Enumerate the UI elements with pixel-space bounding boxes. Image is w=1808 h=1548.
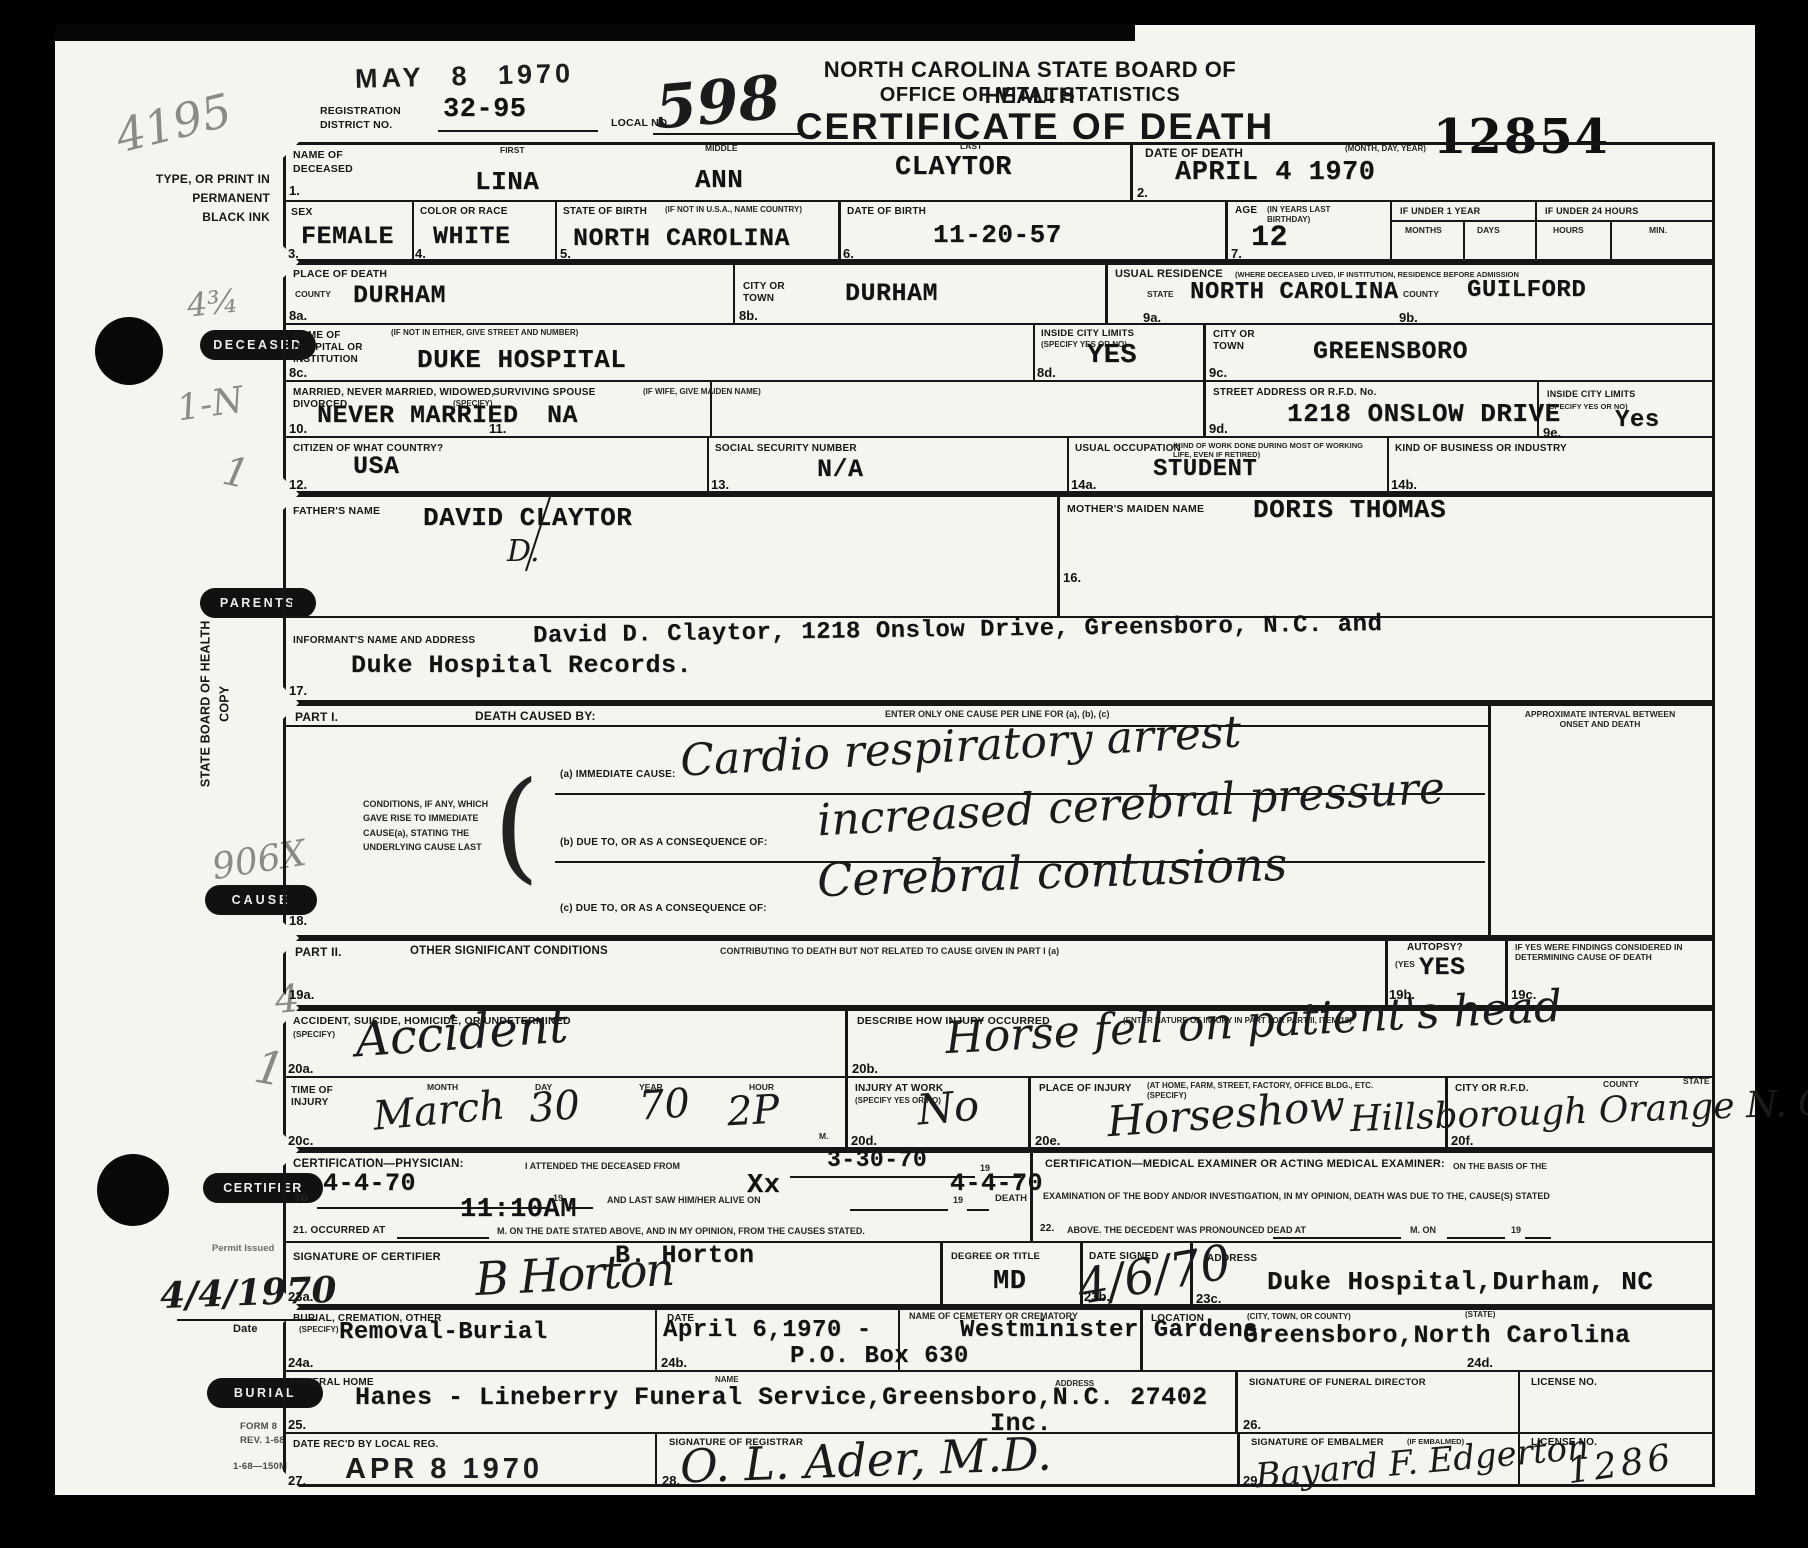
line xyxy=(1447,1237,1505,1239)
item-number: 2. xyxy=(1137,185,1148,200)
line xyxy=(850,1209,948,1211)
item-number: 9e. xyxy=(1543,425,1561,440)
state-of-birth-sub: (IF NOT IN U.S.A., NAME COUNTRY) xyxy=(665,205,835,215)
certificate-paper: 4195 TYPE, OR PRINT IN PERMANENT BLACK I… xyxy=(55,25,1755,1495)
accident-sub: (SPECIFY) xyxy=(293,1029,335,1039)
item-number: 8d. xyxy=(1037,365,1056,380)
burial-date-value: April 6,1970 - xyxy=(663,1317,872,1344)
residence-county-header: COUNTY xyxy=(1403,289,1439,299)
death-word: DEATH xyxy=(995,1193,1027,1204)
burial-value: Removal-Burial xyxy=(339,1319,548,1346)
copy-designation: STATE BOARD OF HEALTH COPY xyxy=(196,619,234,789)
item-number: 15. xyxy=(289,597,307,612)
punch-hole-bottom xyxy=(97,1154,169,1226)
item-number: 24d. xyxy=(1467,1355,1493,1370)
attended-label: I ATTENDED THE DECEASED FROM xyxy=(525,1161,680,1172)
embalmer-license-label: LICENSE NO. xyxy=(1531,1437,1597,1449)
item-number: 20b. xyxy=(852,1061,878,1076)
form-number-line3: 1-68—150M xyxy=(233,1461,287,1472)
funeral-home-value: Hanes - Lineberry Funeral Service,Greens… xyxy=(355,1383,1208,1412)
m-label: M. xyxy=(819,1131,828,1141)
location-sub2: (STATE) xyxy=(1465,1310,1495,1320)
mother-name-value: DORIS THOMAS xyxy=(1253,495,1446,525)
divider xyxy=(1463,220,1465,262)
residence-inside-city-limits-label: INSIDE CITY LIMITS xyxy=(1547,389,1635,400)
conditions-note: CONDITIONS, IF ANY, WHICH GAVE RISE TO I… xyxy=(363,797,501,855)
item-number: 20a. xyxy=(288,1061,313,1076)
autopsy-sub: (YES xyxy=(1395,959,1415,969)
line xyxy=(397,1237,489,1239)
registrar-signature: O. L. Ader, M.D. xyxy=(679,1431,1052,1490)
item-number: 26. xyxy=(1243,1417,1261,1432)
permit-date-caption: Date xyxy=(233,1323,258,1336)
place-of-death-label: PLACE OF DEATH xyxy=(293,268,387,281)
divider xyxy=(283,200,1715,202)
conditions-brace: ( xyxy=(493,767,540,887)
permit-issued-label: Permit Issued xyxy=(212,1243,274,1254)
divider xyxy=(1225,200,1228,262)
mother-name-label: MOTHER'S MAIDEN NAME xyxy=(1067,503,1204,516)
business-label: KIND OF BUSINESS OR INDUSTRY xyxy=(1395,443,1567,455)
item-number: 20e. xyxy=(1035,1133,1060,1148)
item-number: 1. xyxy=(289,183,300,198)
certification-examiner-label: CERTIFICATION—MEDICAL EXAMINER OR ACTING… xyxy=(1045,1158,1445,1171)
margin-mark-b: 1-N xyxy=(175,383,246,428)
injury-county-header: COUNTY xyxy=(1603,1079,1639,1089)
item-number: 17. xyxy=(289,683,307,698)
item-number: 29. xyxy=(1243,1473,1261,1488)
degree-value: MD xyxy=(993,1267,1026,1297)
last-name-value: CLAYTOR xyxy=(895,153,1012,183)
line xyxy=(1273,1237,1401,1239)
divider xyxy=(283,1241,1715,1243)
item-number: 9b. xyxy=(1399,310,1418,325)
divider xyxy=(1237,1432,1240,1487)
race-value: WHITE xyxy=(433,222,511,251)
item-number: 20d. xyxy=(851,1133,877,1148)
ssn-value: N/A xyxy=(817,455,864,484)
death-caused-by-label: DEATH CAUSED BY: xyxy=(475,709,596,723)
occupation-value: STUDENT xyxy=(1153,456,1257,483)
scanned-death-certificate: 4195 TYPE, OR PRINT IN PERMANENT BLACK I… xyxy=(0,0,1808,1548)
scan-edge-artifact xyxy=(55,25,1135,41)
margin-handwritten-number: 4195 xyxy=(111,87,236,160)
state-of-birth-value: NORTH CAROLINA xyxy=(573,224,790,253)
if-under-24-hours-label: IF UNDER 24 HOURS xyxy=(1545,206,1638,217)
last-name-header: LAST xyxy=(960,141,982,151)
item-number: 7. xyxy=(1231,246,1242,261)
ssn-label: SOCIAL SECURITY NUMBER xyxy=(715,443,857,455)
item-number: 8a. xyxy=(289,308,307,323)
county-header: COUNTY xyxy=(295,289,331,299)
part1-label: PART I. xyxy=(295,710,338,724)
min-header: MIN. xyxy=(1649,225,1667,235)
item-number: 9a. xyxy=(1143,310,1161,325)
address-value: Duke Hospital,Durham, NC xyxy=(1267,1267,1653,1297)
divider xyxy=(1390,200,1392,262)
item-number: 25. xyxy=(288,1417,306,1432)
death-county-value: DURHAM xyxy=(353,281,446,310)
item-number: 19a. xyxy=(289,987,314,1002)
item-number: 9c. xyxy=(1209,365,1227,380)
injury-state-header: STATE xyxy=(1683,1076,1710,1086)
registration-label-line2: DISTRICT NO. xyxy=(320,119,392,132)
print-note-line1: TYPE, OR PRINT IN xyxy=(150,172,270,186)
other-conditions-label: OTHER SIGNIFICANT CONDITIONS xyxy=(410,945,608,959)
age-value: 12 xyxy=(1251,221,1288,255)
cemetery-value-line2: P.O. Box 630 xyxy=(790,1343,969,1370)
divider xyxy=(940,1241,943,1307)
surviving-spouse-value: NA xyxy=(547,401,578,430)
informant-line2: Duke Hospital Records. xyxy=(351,651,692,680)
attended-to-date: 4-4-70 xyxy=(323,1169,416,1198)
street-address-label: STREET ADDRESS OR R.F.D. No. xyxy=(1213,387,1377,399)
residence-inside-city-limits-value: Yes xyxy=(1615,407,1660,434)
date-received-label: DATE REC'D BY LOCAL REG. xyxy=(293,1439,439,1451)
divider xyxy=(283,436,1715,438)
item-number: 8b. xyxy=(739,308,758,323)
time-of-death-value: 11:10AM xyxy=(460,1195,577,1225)
director-license-label: LICENSE NO. xyxy=(1531,1377,1597,1389)
form-number-line2: REV. 1-68 xyxy=(240,1435,285,1446)
item-number: 23c. xyxy=(1196,1291,1221,1306)
divider xyxy=(1387,436,1389,492)
middle-name-header: MIDDLE xyxy=(705,143,738,153)
item-number: 12. xyxy=(289,477,307,492)
attended-from-date: 3-30-70 xyxy=(827,1147,927,1173)
signature-of-certifier-label: SIGNATURE OF CERTIFIER xyxy=(293,1251,441,1264)
degree-label: DEGREE OR TITLE xyxy=(951,1251,1040,1262)
father-name-value: DAVID CLAYTOR xyxy=(423,503,632,533)
item-number: 28. xyxy=(662,1473,680,1488)
sex-value: FEMALE xyxy=(301,222,394,251)
line xyxy=(967,1209,989,1211)
registration-label-line1: REGISTRATION xyxy=(320,105,401,118)
autopsy-value: YES xyxy=(1419,953,1466,982)
item-number: 23b. xyxy=(1084,1289,1110,1304)
surviving-spouse-label: SURVIVING SPOUSE xyxy=(493,387,596,399)
date-of-death-value: APRIL 4 1970 xyxy=(1175,158,1375,188)
injury-year-value: 70 xyxy=(638,1083,692,1126)
divider xyxy=(707,436,709,492)
death-inside-city-limits-label: INSIDE CITY LIMITS xyxy=(1041,328,1134,339)
divider xyxy=(1203,323,1206,381)
item-number: 11. xyxy=(489,421,506,436)
location-label: LOCATION xyxy=(1151,1313,1204,1325)
item-number: 5. xyxy=(560,246,571,261)
sex-label: SEX xyxy=(291,206,313,219)
divider xyxy=(1235,1370,1238,1432)
hospital-value: DUKE HOSPITAL xyxy=(417,345,626,375)
residence-city-header: CITY OR TOWN xyxy=(1213,329,1261,353)
place-of-injury-label: PLACE OF INJURY xyxy=(1039,1083,1132,1095)
name-label-line1: NAME OF xyxy=(293,149,343,162)
first-name-value: LINA xyxy=(475,167,539,197)
due-to-b-label: (b) DUE TO, OR AS A CONSEQUENCE OF: xyxy=(560,837,767,849)
received-date-stamp: MAY 8 1970 xyxy=(355,58,575,95)
item-22: 22. xyxy=(1040,1223,1055,1235)
divider xyxy=(1028,1076,1031,1150)
divider xyxy=(1390,220,1715,222)
margin-mark-a: 4¾ xyxy=(185,284,239,321)
occurred-at-rest: M. ON THE DATE STATED ABOVE, AND IN MY O… xyxy=(497,1226,865,1237)
form-number-line1: FORM 8 xyxy=(240,1421,277,1432)
death-inside-city-limits-value: YES xyxy=(1087,341,1137,371)
date-of-birth-value: 11-20-57 xyxy=(933,220,1062,250)
race-label: COLOR OR RACE xyxy=(420,206,508,218)
divider xyxy=(283,1076,1715,1078)
divider xyxy=(412,200,414,262)
interval-label: APPROXIMATE INTERVAL BETWEEN ONSET AND D… xyxy=(1510,709,1690,729)
item-number: 20c. xyxy=(288,1133,313,1148)
divider xyxy=(283,380,1715,382)
item-number: 3. xyxy=(288,246,299,261)
year-19: 19 xyxy=(953,1195,963,1206)
divider xyxy=(1488,703,1491,938)
death-city-header: CITY OR TOWN xyxy=(743,281,791,305)
cemetery-value: Westminister Gardens, xyxy=(960,1317,1273,1344)
injury-hour-value: 2P xyxy=(726,1090,780,1133)
pronounced-dead-label: ABOVE. THE DECEDENT WAS PRONOUNCED DEAD … xyxy=(1067,1225,1306,1236)
injury-month-value: March xyxy=(372,1085,507,1136)
divider xyxy=(1203,380,1206,437)
residence-state-value: NORTH CAROLINA xyxy=(1190,279,1399,306)
divider xyxy=(655,1432,657,1487)
office-of-vital-statistics: OFFICE OF VITAL STATISTICS xyxy=(790,83,1270,107)
middle-name-value: ANN xyxy=(695,165,743,195)
year-19: 19 xyxy=(1511,1225,1521,1236)
father-name-label: FATHER'S NAME xyxy=(293,505,380,518)
residence-county-value: GUILFORD xyxy=(1467,277,1586,304)
last-saw-label: AND LAST SAW HIM/HER ALIVE ON xyxy=(607,1195,761,1206)
print-note-line2: PERMANENT xyxy=(150,191,270,205)
findings-label: IF YES WERE FINDINGS CONSIDERED IN DETER… xyxy=(1515,942,1707,962)
date-of-birth-label: DATE OF BIRTH xyxy=(847,206,926,218)
punch-hole-top xyxy=(95,317,163,385)
on-basis-label: ON THE BASIS OF THE xyxy=(1453,1161,1547,1171)
divider xyxy=(1130,142,1133,202)
registration-line xyxy=(438,130,598,132)
if-under-1-year-label: IF UNDER 1 YEAR xyxy=(1400,206,1480,217)
location-value: Greensboro,North Carolina xyxy=(1243,1321,1631,1350)
divider xyxy=(1067,436,1069,492)
state-of-birth-label: STATE OF BIRTH xyxy=(563,206,647,218)
item-number: 9d. xyxy=(1209,421,1228,436)
date-received-stamp: APR 8 1970 xyxy=(345,1453,543,1486)
name-label-line2: DECEASED xyxy=(293,163,353,176)
m-on-label: M. ON xyxy=(1410,1225,1436,1236)
funeral-director-label: SIGNATURE OF FUNERAL DIRECTOR xyxy=(1249,1377,1426,1388)
item-number: 14a. xyxy=(1071,477,1096,492)
burial-sub: (SPECIFY) xyxy=(299,1325,339,1335)
divider xyxy=(838,200,841,262)
due-to-c-label: (c) DUE TO, OR AS A CONSEQUENCE OF: xyxy=(560,903,767,915)
death-city-value: DURHAM xyxy=(845,279,938,308)
examiner-line2: EXAMINATION OF THE BODY AND/OR INVESTIGA… xyxy=(1043,1191,1550,1202)
residence-state-header: STATE xyxy=(1147,289,1174,299)
local-no-handwritten: 598 xyxy=(653,68,783,139)
divider xyxy=(1610,220,1612,262)
item-number: 24a. xyxy=(288,1355,313,1370)
item-number: 4. xyxy=(415,246,426,261)
hospital-sub: (IF NOT IN EITHER, GIVE STREET AND NUMBE… xyxy=(391,328,578,338)
date-of-death-sub: (MONTH, DAY, YEAR) xyxy=(1345,144,1426,154)
divider xyxy=(733,262,735,324)
citizen-value: USA xyxy=(353,452,400,481)
age-label: AGE xyxy=(1235,205,1257,217)
accident-value: Accident xyxy=(354,1002,570,1065)
hours-header: HOURS xyxy=(1553,225,1584,235)
injury-day-value: 30 xyxy=(528,1085,582,1128)
margin-mark-c: 1 xyxy=(219,451,252,495)
occupation-label: USUAL OCCUPATION xyxy=(1075,443,1181,455)
immediate-cause-label: (a) IMMEDIATE CAUSE: xyxy=(560,769,675,781)
divider xyxy=(283,323,1715,325)
registration-district-no: 32-95 xyxy=(443,95,527,125)
item-number: 27. xyxy=(288,1473,306,1488)
divider xyxy=(555,200,557,262)
first-name-header: FIRST xyxy=(500,145,525,155)
divider xyxy=(1033,323,1035,381)
print-note-line3: BLACK INK xyxy=(150,210,270,224)
divider xyxy=(283,1370,1715,1372)
informant-label: INFORMANT'S NAME AND ADDRESS xyxy=(293,635,475,647)
item-number: 24b. xyxy=(661,1355,687,1370)
item-number: 18. xyxy=(289,913,307,928)
months-header: MONTHS xyxy=(1405,225,1442,235)
divider xyxy=(1057,494,1060,618)
item-number: 8c. xyxy=(289,365,307,380)
divider xyxy=(845,1008,848,1150)
occurred-at-label: 21. OCCURRED AT xyxy=(293,1225,385,1237)
residence-city-value: GREENSBORO xyxy=(1313,337,1468,366)
days-header: DAYS xyxy=(1477,225,1500,235)
injury-at-work-value: No xyxy=(915,1084,980,1131)
item-number: 20f. xyxy=(1451,1133,1473,1148)
hospital-label: NAME OF HOSPITAL OR INSTITUTION xyxy=(293,330,381,366)
item-number: 10. xyxy=(289,421,307,436)
address-label: ADDRESS xyxy=(1207,1253,1257,1265)
line xyxy=(790,1176,975,1178)
time-of-injury-label: TIME OF INJURY xyxy=(291,1085,351,1109)
certifier-signature: B Horton xyxy=(474,1246,674,1302)
item-number: 23a. xyxy=(288,1289,313,1304)
item-number: 14b. xyxy=(1391,477,1417,492)
divider xyxy=(1535,200,1537,262)
street-address-value: 1218 ONSLOW DRIVE xyxy=(1287,399,1561,429)
item-number: 6. xyxy=(843,246,854,261)
divider xyxy=(1105,262,1108,324)
divider xyxy=(1518,1370,1520,1432)
divider xyxy=(655,1307,657,1370)
item-number: 16. xyxy=(1063,570,1081,585)
surviving-spouse-sub: (IF WIFE, GIVE MAIDEN NAME) xyxy=(643,387,761,397)
part2-label: PART II. xyxy=(295,945,342,959)
to-label: TO xyxy=(295,1193,308,1204)
other-conditions-note: CONTRIBUTING TO DEATH BUT NOT RELATED TO… xyxy=(720,946,1059,957)
line xyxy=(1525,1237,1551,1239)
item-number: 13. xyxy=(711,477,729,492)
margin-mark-f: 1 xyxy=(251,1043,288,1093)
